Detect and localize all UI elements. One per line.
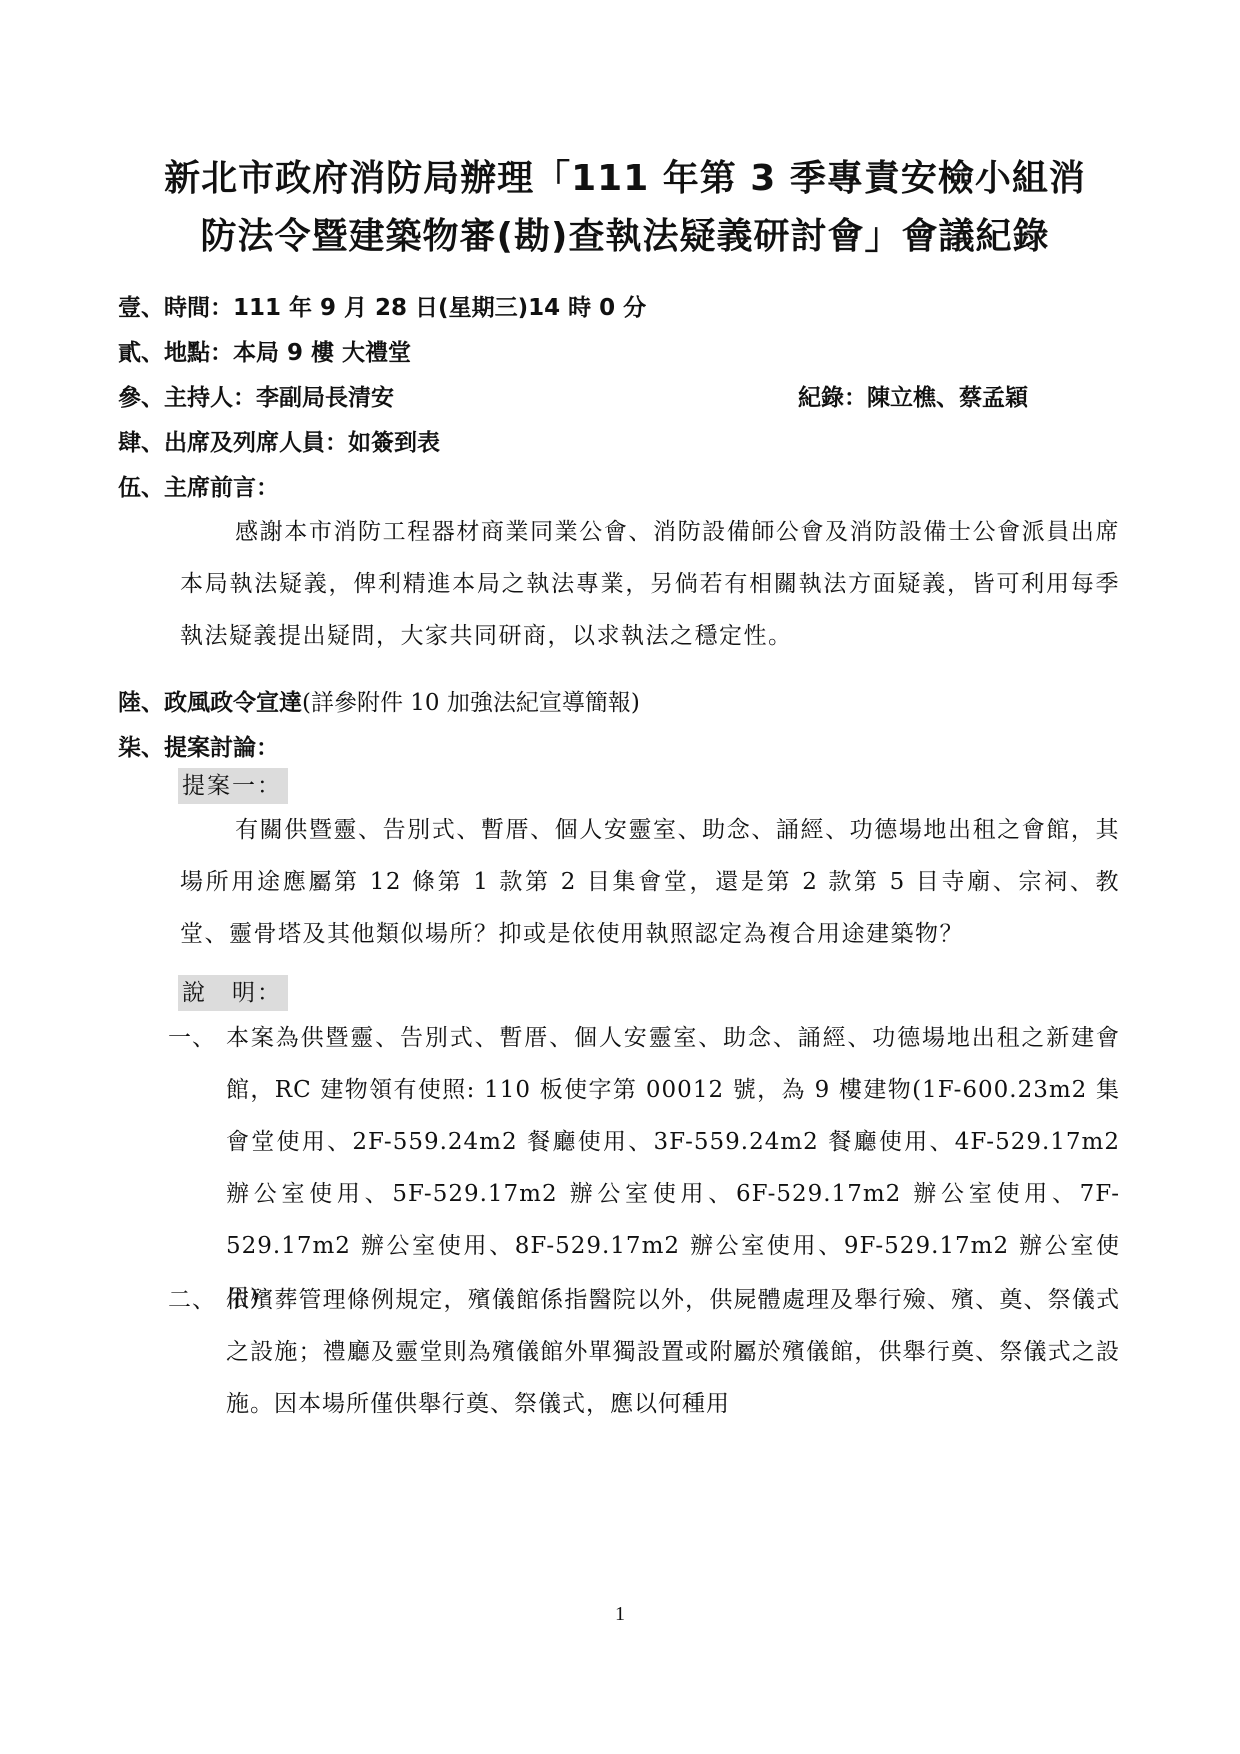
section-recorder: 紀錄：陳立樵、蔡孟穎 [798,383,1028,413]
explain-tag: 說 明： [178,975,288,1011]
section-chair: 參、主持人：李副局長清安 [118,383,394,413]
section-attendees: 肆、出席及列席人員：如簽到表 [118,428,440,458]
proposal-1-paragraph: 有關供暨靈、告別式、暫厝、個人安靈室、助念、誦經、功德場地出租之會館，其場所用途… [180,804,1120,960]
explain-item-2: 二、 依殯葬管理條例規定，殯儀館係指醫院以外，供屍體處理及舉行殮、殯、奠、祭儀式… [168,1274,1120,1430]
opening-paragraph: 感謝本市消防工程器材商業同業公會、消防設備師公會及消防設備士公會派員出席本局執法… [180,506,1120,662]
page-number: 1 [0,1603,1240,1626]
item-number: 一、 [168,1012,216,1064]
section-proposal-heading: 柒、提案討論： [118,733,279,763]
title-line-2: 防法令暨建築物審(勘)查執法疑義研討會」會議紀錄 [120,208,1130,266]
item-number: 二、 [168,1274,216,1326]
item-text: 依殯葬管理條例規定，殯儀館係指醫院以外，供屍體處理及舉行殮、殯、奠、祭儀式之設施… [226,1274,1120,1430]
section-opening-heading: 伍、主席前言： [118,473,279,503]
opening-text: 感謝本市消防工程器材商業同業公會、消防設備師公會及消防設備士公會派員出席本局執法… [180,519,1120,649]
title-line-1: 新北市政府消防局辦理「111 年第 3 季專責安檢小組消 [120,150,1130,208]
proposal-1-text: 有關供暨靈、告別式、暫厝、個人安靈室、助念、誦經、功德場地出租之會館，其場所用途… [180,817,1120,947]
section-place: 貳、地點：本局 9 樓 大禮堂 [118,338,411,368]
proposal-1-tag: 提案一： [178,768,288,804]
section-ethics: 陸、政風政令宣達(詳參附件 10 加強法紀宣導簡報) [118,688,640,718]
document-title: 新北市政府消防局辦理「111 年第 3 季專責安檢小組消 防法令暨建築物審(勘)… [120,150,1130,266]
ethics-heading: 陸、政風政令宣達 [118,690,302,716]
ethics-note: (詳參附件 10 加強法紀宣導簡報) [302,690,640,716]
section-time: 壹、時間：111 年 9 月 28 日(星期三)14 時 0 分 [118,293,646,323]
